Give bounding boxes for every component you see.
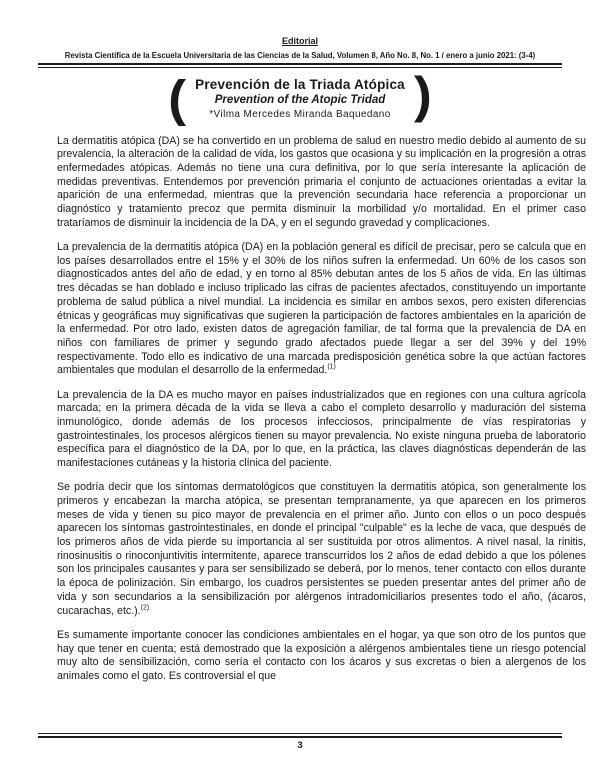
section-label: Editorial bbox=[282, 36, 318, 46]
paragraph-text: Es sumamente importante conocer las cond… bbox=[57, 629, 586, 682]
header-rule bbox=[38, 63, 562, 68]
document-page: Editorial Revista Científica de la Escue… bbox=[0, 0, 600, 776]
citation-ref: (1) bbox=[327, 364, 336, 371]
title-column: Prevención de la Triada Atópica Preventi… bbox=[195, 77, 405, 120]
left-bracket-glyph: ( bbox=[168, 74, 186, 124]
article-title-es: Prevención de la Triada Atópica bbox=[195, 77, 405, 92]
body-paragraph: Es sumamente importante conocer las cond… bbox=[57, 629, 586, 684]
body-paragraph: La prevalencia de la DA es mucho mayor e… bbox=[57, 389, 586, 471]
paragraph-text: La dermatitis atópica (DA) se ha convert… bbox=[57, 135, 586, 229]
right-bracket-glyph: ) bbox=[414, 70, 432, 120]
page-number: 3 bbox=[38, 740, 562, 751]
article-author: *Vilma Mercedes Miranda Baquedano bbox=[195, 109, 405, 120]
article-title-block: ( Prevención de la Triada Atópica Preven… bbox=[0, 72, 600, 126]
journal-citation: Revista Científica de la Escuela Univers… bbox=[0, 51, 600, 60]
article-title-en: Prevention of the Atopic Tridad bbox=[195, 94, 405, 106]
paragraph-text: Se podría decir que los síntomas dermato… bbox=[57, 481, 586, 616]
paragraph-text: La prevalencia de la dermatitis atópica … bbox=[57, 241, 586, 376]
footer-rule bbox=[38, 733, 562, 738]
body-paragraph: Se podría decir que los síntomas dermato… bbox=[57, 481, 586, 618]
page-footer: 3 bbox=[38, 733, 562, 751]
page-header: Editorial Revista Científica de la Escue… bbox=[0, 0, 600, 68]
paragraph-text: La prevalencia de la DA es mucho mayor e… bbox=[57, 389, 586, 470]
body-paragraph: La prevalencia de la dermatitis atópica … bbox=[57, 241, 586, 378]
body-paragraph: La dermatitis atópica (DA) se ha convert… bbox=[57, 135, 586, 231]
citation-ref: (2) bbox=[141, 604, 150, 611]
article-body: La dermatitis atópica (DA) se ha convert… bbox=[57, 135, 586, 684]
